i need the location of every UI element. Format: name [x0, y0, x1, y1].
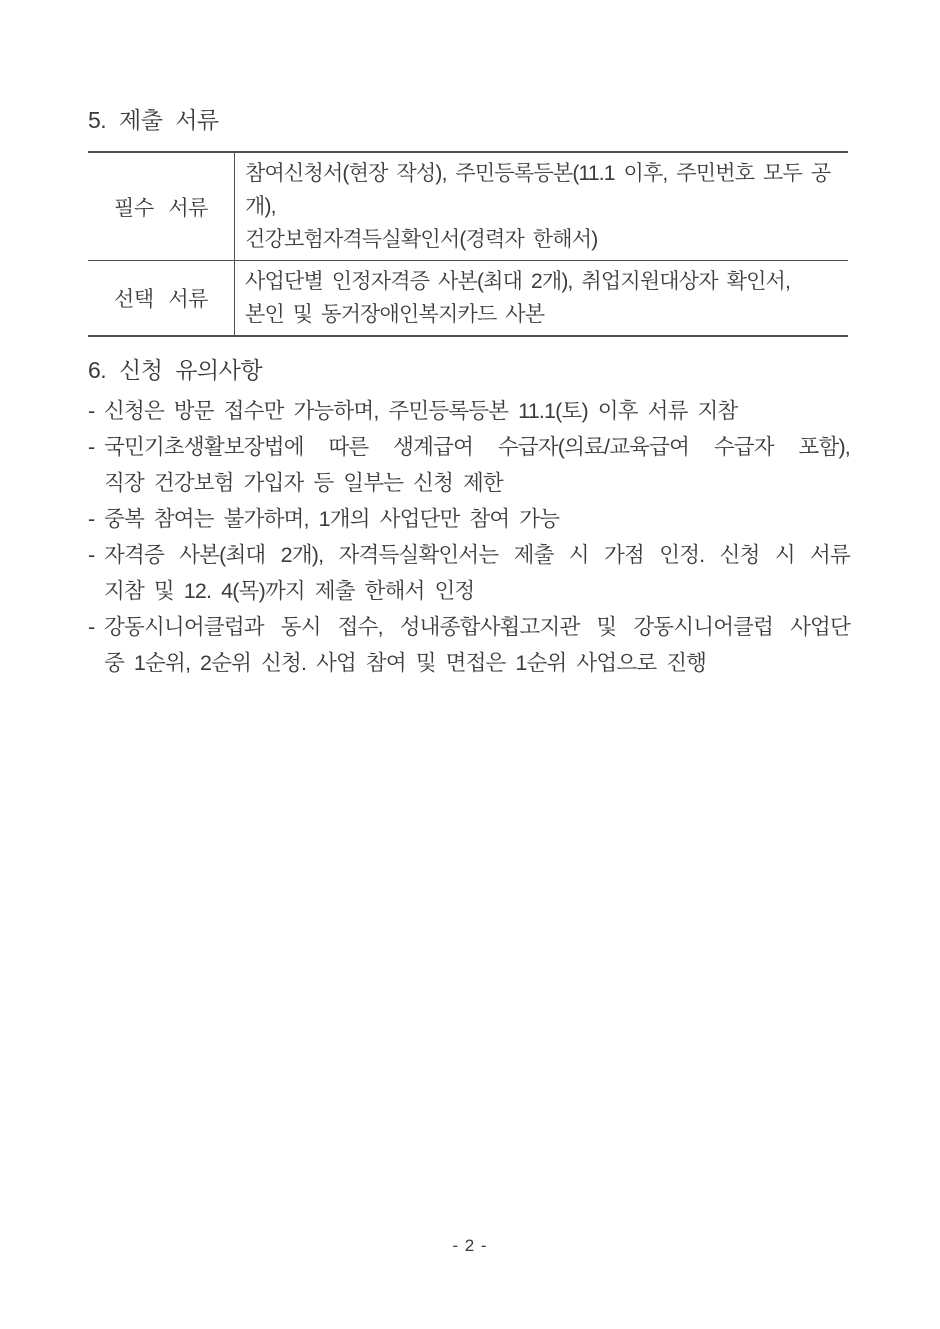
- note-body: 중복 참여는 불가하며, 1개의 사업단만 참여 가능: [104, 501, 850, 537]
- table-row-optional: 선택 서류 사업단별 인정자격증 사본(최대 2개), 취업지원대상자 확인서,…: [88, 261, 848, 335]
- note-line: 국민기초생활보장법에 따른 생계급여 수급자(의료/교육급여 수급자 포함),: [104, 429, 850, 465]
- page-number-footer: - 2 -: [0, 1236, 940, 1256]
- note-line: 직장 건강보험 가입자 등 일부는 신청 제한: [104, 465, 850, 501]
- bullet-marker: -: [88, 609, 104, 645]
- page-content: 5. 제출 서류 필수 서류 참여신청서(현장 작성), 주민등록등본(11.1…: [88, 106, 850, 681]
- note-line: 중 1순위, 2순위 신청. 사업 참여 및 면접은 1순위 사업으로 진행: [104, 645, 850, 681]
- bullet-marker: -: [88, 501, 104, 537]
- note-line: 중복 참여는 불가하며, 1개의 사업단만 참여 가능: [104, 501, 850, 537]
- bullet-marker: -: [88, 429, 104, 465]
- note-body: 신청은 방문 접수만 가능하며, 주민등록등본 11.1(토) 이후 서류 지참: [104, 393, 850, 429]
- note-line: 신청은 방문 접수만 가능하며, 주민등록등본 11.1(토) 이후 서류 지참: [104, 393, 850, 429]
- submission-documents-table: 필수 서류 참여신청서(현장 작성), 주민등록등본(11.1 이후, 주민번호…: [88, 151, 848, 337]
- note-line: 지참 및 12. 4(목)까지 제출 한해서 인정: [104, 573, 850, 609]
- note-item: - 강동시니어클럽과 동시 접수, 성내종합사횝고지관 및 강동시니어클럽 사업…: [88, 609, 850, 681]
- bullet-marker: -: [88, 537, 104, 573]
- row-content-optional: 사업단별 인정자격증 사본(최대 2개), 취업지원대상자 확인서, 본인 및 …: [235, 261, 848, 335]
- notes-list: - 신청은 방문 접수만 가능하며, 주민등록등본 11.1(토) 이후 서류 …: [88, 393, 850, 681]
- note-item: - 국민기초생활보장법에 따른 생계급여 수급자(의료/교육급여 수급자 포함)…: [88, 429, 850, 501]
- row-content-required: 참여신청서(현장 작성), 주민등록등본(11.1 이후, 주민번호 모두 공개…: [235, 153, 848, 260]
- bullet-marker: -: [88, 393, 104, 429]
- note-body: 국민기초생활보장법에 따른 생계급여 수급자(의료/교육급여 수급자 포함), …: [104, 429, 850, 501]
- section-5-heading: 5. 제출 서류: [88, 106, 850, 134]
- cell-line: 참여신청서(현장 작성), 주민등록등본(11.1 이후, 주민번호 모두 공개…: [245, 157, 844, 223]
- note-line: 자격증 사본(최대 2개), 자격득실확인서는 제출 시 가점 인정. 신청 시…: [104, 537, 850, 573]
- document-page: 5. 제출 서류 필수 서류 참여신청서(현장 작성), 주민등록등본(11.1…: [0, 0, 940, 1329]
- cell-line: 건강보험자격득실확인서(경력자 한해서): [245, 223, 844, 256]
- row-label-optional: 선택 서류: [88, 261, 235, 335]
- row-label-required: 필수 서류: [88, 153, 235, 260]
- section-6-heading: 6. 신청 유의사항: [88, 356, 850, 384]
- cell-line: 본인 및 동거장애인복지카드 사본: [245, 298, 844, 331]
- table-row-required: 필수 서류 참여신청서(현장 작성), 주민등록등본(11.1 이후, 주민번호…: [88, 153, 848, 261]
- cell-line: 사업단별 인정자격증 사본(최대 2개), 취업지원대상자 확인서,: [245, 265, 844, 298]
- note-body: 강동시니어클럽과 동시 접수, 성내종합사횝고지관 및 강동시니어클럽 사업단 …: [104, 609, 850, 681]
- note-item: - 중복 참여는 불가하며, 1개의 사업단만 참여 가능: [88, 501, 850, 537]
- note-line: 강동시니어클럽과 동시 접수, 성내종합사횝고지관 및 강동시니어클럽 사업단: [104, 609, 850, 645]
- note-item: - 자격증 사본(최대 2개), 자격득실확인서는 제출 시 가점 인정. 신청…: [88, 537, 850, 609]
- note-item: - 신청은 방문 접수만 가능하며, 주민등록등본 11.1(토) 이후 서류 …: [88, 393, 850, 429]
- note-body: 자격증 사본(최대 2개), 자격득실확인서는 제출 시 가점 인정. 신청 시…: [104, 537, 850, 609]
